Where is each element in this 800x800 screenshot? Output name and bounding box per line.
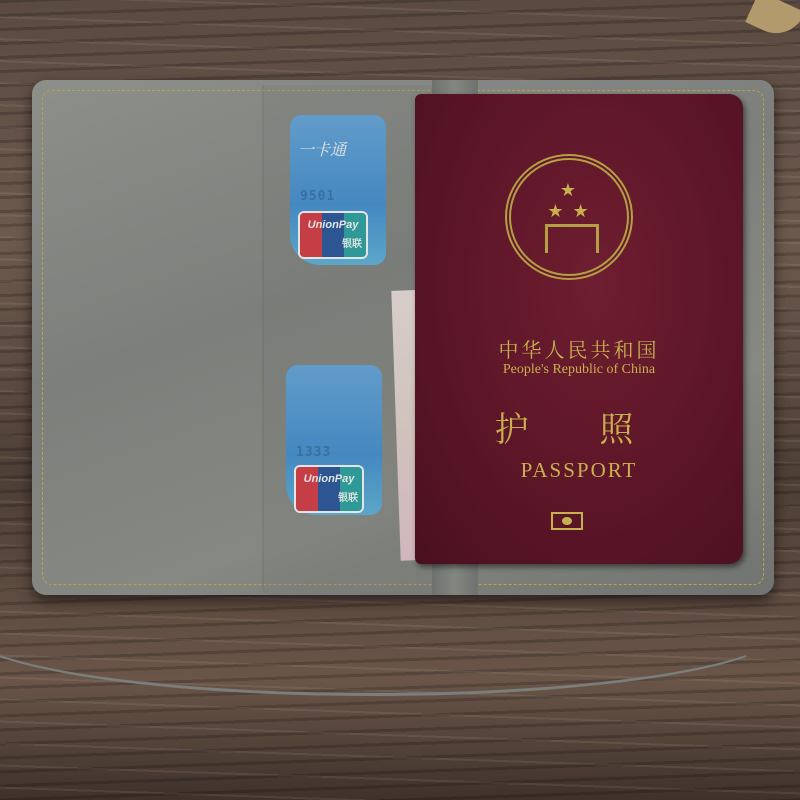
national-emblem-icon: ★★ ★ <box>505 154 633 280</box>
passport-title-en: PASSPORT <box>415 458 743 483</box>
country-name-cn: 中华人民共和国 <box>415 334 743 363</box>
biometric-chip-icon <box>551 512 583 530</box>
country-name-en: People's Republic of China <box>415 362 743 378</box>
passport-title-cn: 护 照 <box>415 402 743 451</box>
card-pocket <box>262 85 434 595</box>
passport: ★★ ★ 中华人民共和国 People's Republic of China … <box>415 94 743 564</box>
leaf <box>745 0 800 43</box>
